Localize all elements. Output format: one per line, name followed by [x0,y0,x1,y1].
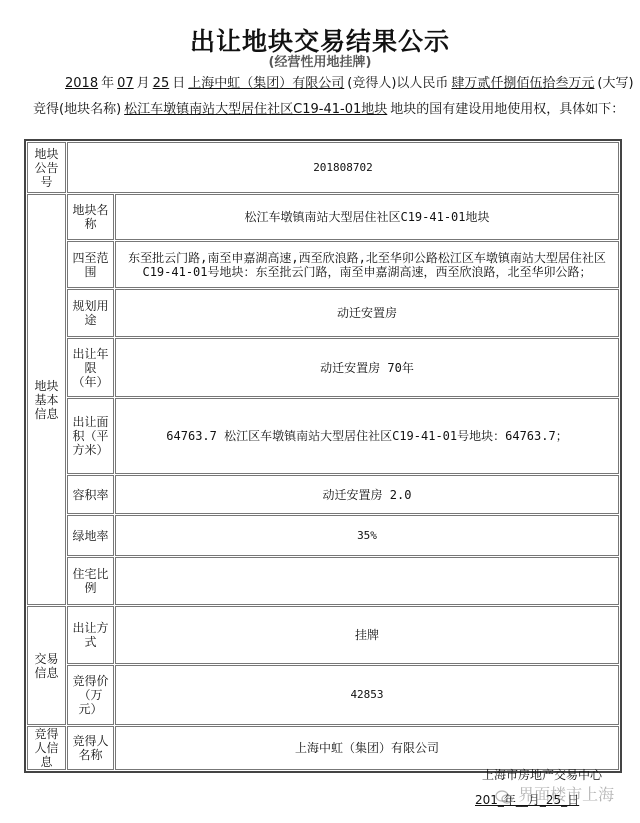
wechat-icon [495,789,513,803]
row-label: 容积率 [67,475,114,514]
table-row: 规划用途 动迁安置房 [27,289,619,337]
result-table: 地块公告号 201808702 地块基本信息 地块名称 松江车墩镇南站大型居住社… [24,139,622,773]
basic-info-group-label: 地块基本信息 [27,194,66,605]
table-row: 竞得价（万元） 42853 [27,665,619,725]
area-value: 64763.7 松江区车墩镇南站大型居住社区C19-41-01号地块：64763… [115,398,619,474]
intro-day: 25 [150,76,173,91]
row-label: 竞得价（万元） [67,665,114,725]
row-label: 规划用途 [67,289,114,337]
table-row: 四至范围 东至批云门路,南至申嘉湖高速,西至欣浪路,北至华卯公路松江区车墩镇南站… [27,241,619,288]
row-label: 住宅比例 [67,557,114,605]
table-row: 地块公告号 201808702 [27,142,619,193]
day-unit: 日 [172,76,185,91]
month-unit: 月 [137,76,150,91]
row-label: 地块名称 [67,194,114,240]
table-row: 容积率 动迁安置房 2.0 [27,475,619,514]
intro-month: 07 [114,76,137,91]
table-row: 交易信息 出让方式 挂牌 [27,606,619,664]
winner-group-label: 竞得人信息 [27,726,66,770]
page-subtitle: (经营性用地挂牌) [0,51,640,70]
intro-amount-words: 肆万贰仟捌佰伍拾叁万元 [448,76,597,91]
row-label: 绿地率 [67,515,114,556]
row-label: 出让面积（平方米） [67,398,114,474]
watermark: 界面楼市上海 [495,782,614,805]
watermark-text: 界面楼市上海 [518,785,614,804]
intro-winner-suffix: (竞得人)以人民币 [347,76,448,91]
planned-use-value: 动迁安置房 [115,289,619,337]
table-row: 地块基本信息 地块名称 松江车墩镇南站大型居住社区C19-41-01地块 [27,194,619,240]
intro-line-1: 2018年07月25日上海中虹（集团）有限公司(竞得人)以人民币肆万贰仟捌佰伍拾… [62,72,634,91]
green-ratio-value: 35% [115,515,619,556]
intro-parcel-name: 松江车墩镇南站大型居住社区C19-41-01地块 [121,102,390,117]
parcel-name-value: 松江车墩镇南站大型居住社区C19-41-01地块 [115,194,619,240]
intro-line2-prefix: 竞得(地块名称) [33,102,121,117]
intro-year: 2018 [62,76,101,91]
intro-line-2: 竞得(地块名称)松江车墩镇南站大型居住社区C19-41-01地块地块的国有建设用… [33,98,624,117]
winning-price-value: 42853 [115,665,619,725]
term-years-value: 动迁安置房 70年 [115,338,619,397]
year-unit: 年 [101,76,114,91]
plot-ratio-value: 动迁安置房 2.0 [115,475,619,514]
intro-amount-suffix: (大写) [597,76,633,91]
row-label: 竞得人名称 [67,726,114,770]
row-label: 出让方式 [67,606,114,664]
row-label: 出让年限（年） [67,338,114,397]
intro-line2-suffix: 地块的国有建设用地使用权，具体如下： [390,102,624,117]
table-row: 出让面积（平方米） 64763.7 松江区车墩镇南站大型居住社区C19-41-0… [27,398,619,474]
transaction-group-label: 交易信息 [27,606,66,725]
boundaries-value: 东至批云门路,南至申嘉湖高速,西至欣浪路,北至华卯公路松江区车墩镇南站大型居住社… [115,241,619,288]
announcement-label: 地块公告号 [27,142,66,193]
winner-name-value: 上海中虹（集团）有限公司 [115,726,619,770]
row-label: 四至范围 [67,241,114,288]
table-row: 竞得人信息 竞得人名称 上海中虹（集团）有限公司 [27,726,619,770]
residential-ratio-value [115,557,619,605]
table-row: 绿地率 35% [27,515,619,556]
table-row: 住宅比例 [27,557,619,605]
footer-organization: 上海市房地产交易中心 [482,766,602,783]
announcement-value: 201808702 [67,142,619,193]
transfer-method-value: 挂牌 [115,606,619,664]
intro-winner: 上海中虹（集团）有限公司 [185,76,347,91]
table-row: 出让年限（年） 动迁安置房 70年 [27,338,619,397]
